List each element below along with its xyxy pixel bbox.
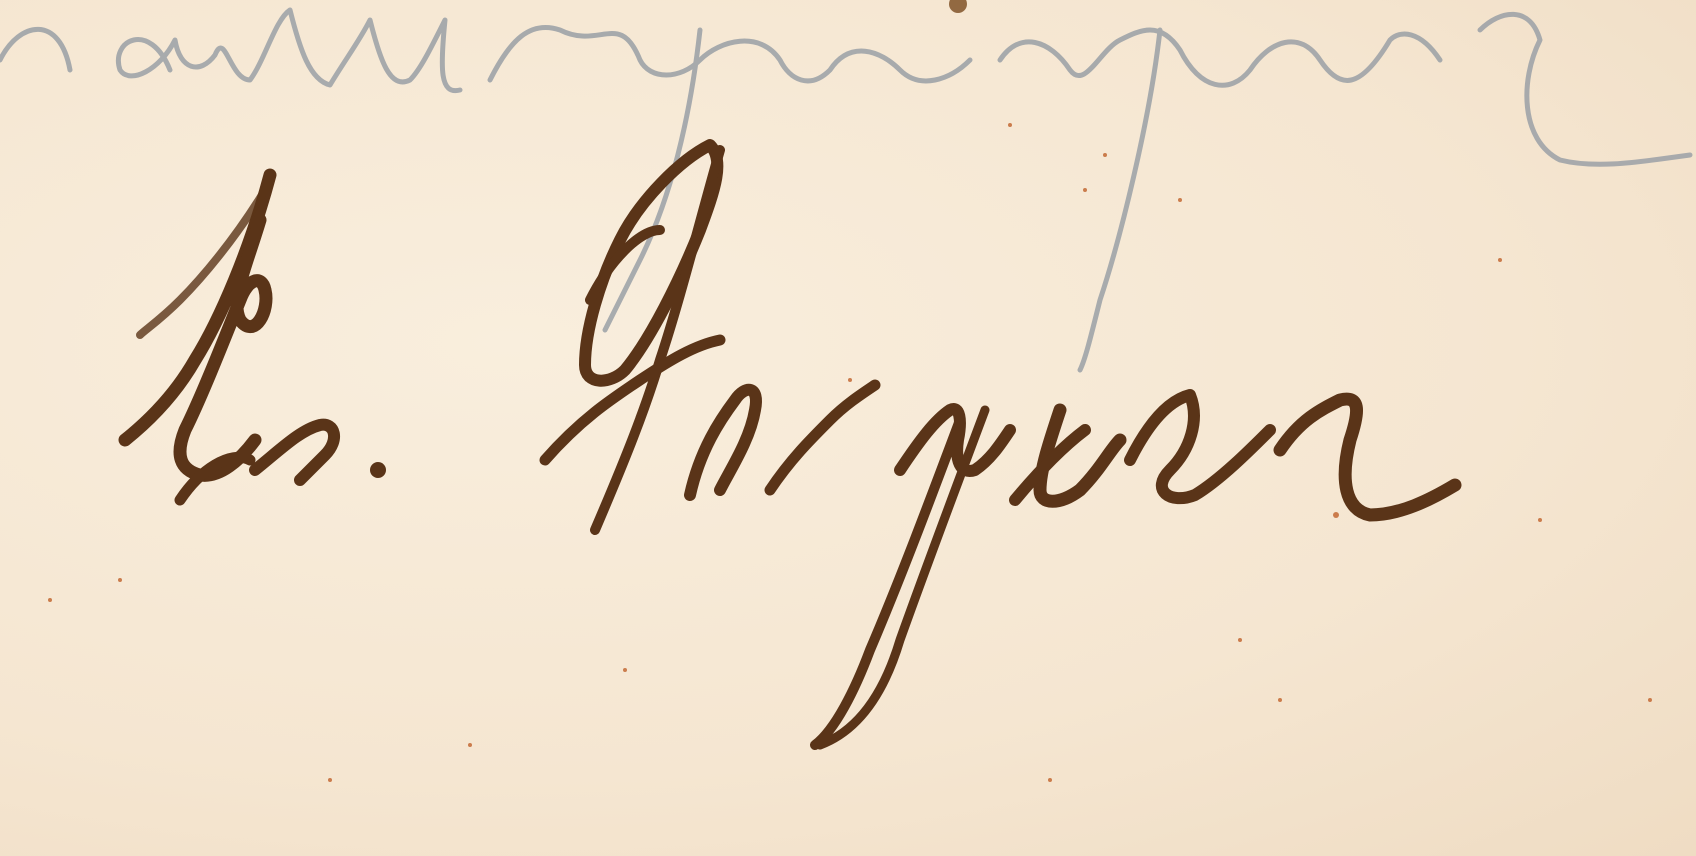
pencil-note <box>0 10 1690 370</box>
paper-sheet: Вл. Фриче (illegible pencil cursive) <box>0 0 1696 856</box>
handwriting-layer <box>0 0 1696 856</box>
ink-signature <box>125 145 1455 745</box>
paper-speckles <box>48 0 1652 782</box>
